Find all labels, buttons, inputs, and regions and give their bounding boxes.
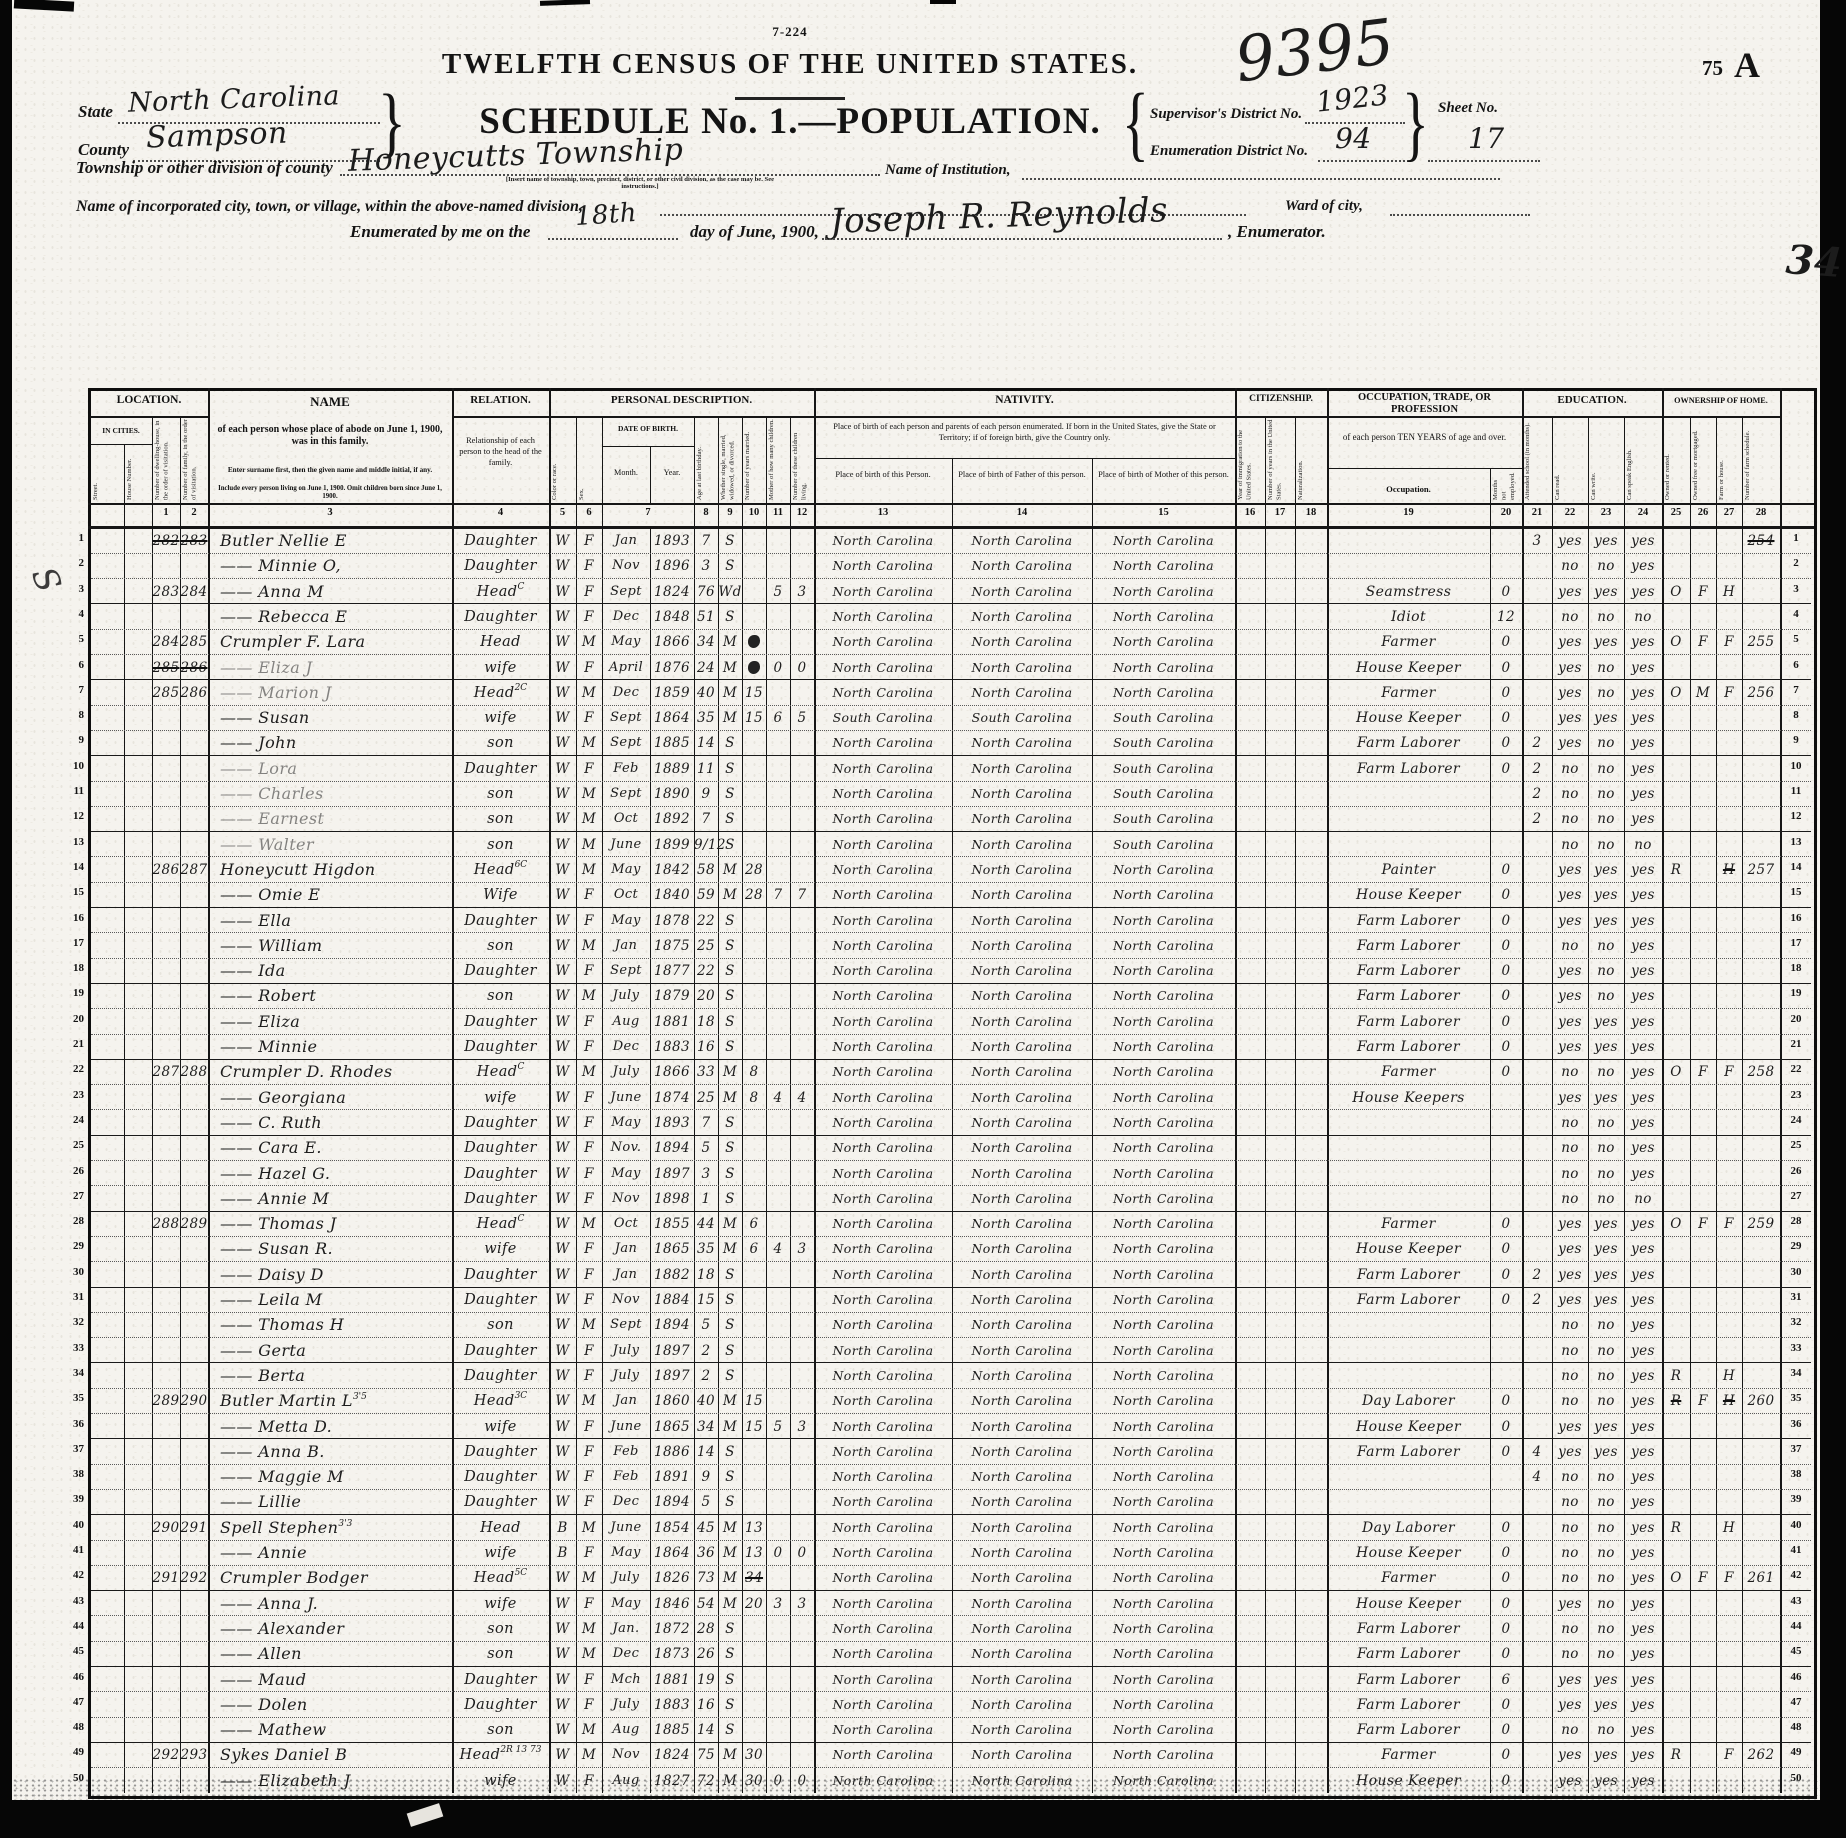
cell-name: —— Cara E.	[220, 1137, 452, 1159]
cell-c: W	[549, 1416, 576, 1438]
row-separator	[91, 1640, 1811, 1642]
cell-en: yes	[1624, 1770, 1662, 1792]
cell-name: —— Thomas H	[220, 1314, 452, 1336]
cell-mo: Oct	[602, 808, 650, 830]
cell-name: —— Mathew	[220, 1719, 452, 1741]
cell-rel: Daughter	[452, 758, 549, 780]
cell-sch: 3	[1522, 530, 1552, 552]
cell-x: F	[576, 1669, 602, 1691]
cell-ms: S	[718, 606, 742, 628]
cell-c: W	[549, 581, 576, 603]
cell-sch: 2	[1522, 758, 1552, 780]
cell-en: yes	[1624, 631, 1662, 653]
cell-own: O	[1662, 682, 1690, 704]
cell-en: yes	[1624, 1365, 1662, 1387]
margin-number: 34	[1784, 236, 1844, 287]
cell-wr: yes	[1588, 1441, 1624, 1463]
cell-dw: 290	[152, 1517, 180, 1539]
cell-wr: no	[1588, 1491, 1624, 1513]
cell-name: —— C. Ruth	[220, 1112, 452, 1134]
cell-pm: North Carolina	[1092, 657, 1235, 679]
cell-rd: no	[1552, 1517, 1588, 1539]
cell-occ: Farm Laborer	[1327, 910, 1490, 932]
cell-pm: North Carolina	[1092, 1188, 1235, 1210]
row-number-right: 25	[1780, 1139, 1812, 1151]
cell-en: yes	[1624, 935, 1662, 957]
cell-x: F	[576, 1011, 602, 1033]
nativity-desc: Place of birth of each person and parent…	[826, 422, 1223, 444]
cell-fam: 283	[180, 530, 208, 552]
cell-mo: Dec	[602, 1491, 650, 1513]
col-header-col1: Number of dwelling-house, in the order o…	[154, 419, 178, 500]
col-header-house_number: House Number.	[126, 447, 150, 500]
name-desc-1: of each person whose place of abode on J…	[216, 424, 444, 448]
cell-ms: M	[718, 1542, 742, 1564]
row-separator	[91, 1665, 1811, 1667]
cell-rd: yes	[1552, 1238, 1588, 1260]
cell-rd: yes	[1552, 732, 1588, 754]
cell-pf: North Carolina	[952, 935, 1092, 957]
cell-pm: North Carolina	[1092, 682, 1235, 704]
cell-age: 5	[694, 1491, 718, 1513]
cell-occ: House Keeper	[1327, 1542, 1490, 1564]
cell-x: M	[576, 834, 602, 856]
row-number-left: 26	[58, 1165, 84, 1177]
cell-pf: North Carolina	[952, 732, 1092, 754]
cell-ym: 20	[742, 1593, 766, 1615]
cell-x: F	[576, 1593, 602, 1615]
cell-name: Honeycutt Higdon	[220, 859, 452, 881]
cell-en: yes	[1624, 1238, 1662, 1260]
cell-c: W	[549, 960, 576, 982]
cell-yr: 1846	[650, 1593, 694, 1615]
col-header-children_living: Number of these children living.	[792, 419, 812, 500]
row-number-right: 36	[1780, 1418, 1812, 1430]
cell-rel: Head5C	[452, 1567, 549, 1589]
row-number-left: 16	[58, 912, 84, 924]
cell-name: Crumpler D. Rhodes	[220, 1061, 452, 1083]
grid-line-h	[90, 444, 152, 445]
cell-name: —— Ida	[220, 960, 452, 982]
cell-c: W	[549, 1137, 576, 1159]
cell-fs: 255	[1742, 631, 1780, 653]
cell-mo: Jan	[602, 1238, 650, 1260]
cell-occ: House Keeper	[1327, 1416, 1490, 1438]
cell-ym: 15	[742, 707, 766, 729]
cell-fm: F	[1690, 1390, 1716, 1412]
cell-mo: June	[602, 1087, 650, 1109]
col-number: 9	[718, 507, 742, 518]
row-number-left: 5	[58, 633, 84, 645]
scan-edge-bottom	[0, 1800, 1846, 1838]
annotation-superscript: C	[517, 582, 524, 592]
col-number: 11	[766, 507, 790, 518]
cell-name: —— Susan R.	[220, 1238, 452, 1260]
cell-name: —— Leila M	[220, 1289, 452, 1311]
pob-person-label: Place of birth of this Person.	[818, 470, 948, 481]
cell-yr: 1883	[650, 1036, 694, 1058]
annotation-superscript: 3'5	[353, 1392, 367, 1402]
cell-ms: S	[718, 1466, 742, 1488]
cell-name: —— Hazel G.	[220, 1163, 452, 1185]
cell-own: O	[1662, 1061, 1690, 1083]
cell-pb: North Carolina	[814, 834, 952, 856]
cell-pf: North Carolina	[952, 1036, 1092, 1058]
cell-pf: North Carolina	[952, 1011, 1092, 1033]
cell-pb: North Carolina	[814, 985, 952, 1007]
cell-age: 18	[694, 1264, 718, 1286]
cell-x: F	[576, 1036, 602, 1058]
cell-age: 14	[694, 1719, 718, 1741]
cell-pm: North Carolina	[1092, 581, 1235, 603]
cell-age: 44	[694, 1213, 718, 1235]
cell-pb: North Carolina	[814, 1289, 952, 1311]
cell-sch: 2	[1522, 808, 1552, 830]
cell-age: 2	[694, 1365, 718, 1387]
cell-ms: S	[718, 960, 742, 982]
row-number-left: 30	[58, 1266, 84, 1278]
cell-en: yes	[1624, 1416, 1662, 1438]
cell-occ: Farm Laborer	[1327, 985, 1490, 1007]
cell-pm: North Carolina	[1092, 960, 1235, 982]
col-number: 26	[1690, 507, 1716, 518]
cell-mne: 0	[1490, 682, 1522, 704]
row-number-left: 43	[58, 1595, 84, 1607]
cell-pb: North Carolina	[814, 1567, 952, 1589]
cell-x: F	[576, 581, 602, 603]
row-number-right: 13	[1780, 836, 1812, 848]
cell-wr: no	[1588, 1593, 1624, 1615]
cell-mne: 0	[1490, 1618, 1522, 1640]
row-number-right: 28	[1780, 1215, 1812, 1227]
cell-rd: no	[1552, 1491, 1588, 1513]
cell-en: yes	[1624, 1744, 1662, 1766]
cell-en: yes	[1624, 1441, 1662, 1463]
year-label: Year.	[650, 468, 694, 477]
cell-rd: no	[1552, 1365, 1588, 1387]
cell-pf: North Carolina	[952, 1213, 1092, 1235]
cell-en: yes	[1624, 1264, 1662, 1286]
cell-rel: Head6C	[452, 859, 549, 881]
row-number-right: 10	[1780, 760, 1812, 772]
grid-line-v	[1295, 416, 1296, 1793]
cell-x: M	[576, 1213, 602, 1235]
row-separator	[91, 1033, 1811, 1035]
cell-mc: 0	[766, 1542, 790, 1564]
cell-mne: 0	[1490, 910, 1522, 932]
city-label: Name of incorporated city, town, or vill…	[76, 198, 583, 216]
row-number-left: 15	[58, 886, 84, 898]
row-number-left: 33	[58, 1342, 84, 1354]
cell-mne: 0	[1490, 1770, 1522, 1792]
cell-rel: Head2R 13 73	[452, 1744, 549, 1766]
cell-en: yes	[1624, 960, 1662, 982]
row-separator	[91, 1286, 1811, 1288]
cell-rel: wife	[452, 1593, 549, 1615]
cell-ms: S	[718, 935, 742, 957]
cell-en: yes	[1624, 657, 1662, 679]
cell-mo: Aug	[602, 1719, 650, 1741]
cell-ms: Wd	[718, 581, 742, 603]
cell-fam: 290	[180, 1390, 208, 1412]
row-number-right: 17	[1780, 937, 1812, 949]
cell-yr: 1865	[650, 1238, 694, 1260]
cell-c: W	[549, 606, 576, 628]
cell-mo: Dec	[602, 1036, 650, 1058]
cell-cl: 5	[790, 707, 814, 729]
cell-dw: 289	[152, 1390, 180, 1412]
cell-rel: Daughter	[452, 1188, 549, 1210]
cell-rel: Daughter	[452, 1289, 549, 1311]
cell-mne: 0	[1490, 581, 1522, 603]
cell-fm: M	[1690, 682, 1716, 704]
cell-yr: 1866	[650, 1061, 694, 1083]
cell-pb: North Carolina	[814, 758, 952, 780]
row-number-right: 32	[1780, 1316, 1812, 1328]
cell-mo: Sept	[602, 707, 650, 729]
cell-mne: 0	[1490, 1213, 1522, 1235]
cell-age: 75	[694, 1744, 718, 1766]
cell-ms: S	[718, 1719, 742, 1741]
cell-occ: Farm Laborer	[1327, 1669, 1490, 1691]
row-number-right: 23	[1780, 1089, 1812, 1101]
col-number: 4	[452, 507, 549, 518]
cell-pf: North Carolina	[952, 1416, 1092, 1438]
cell-occ: House Keeper	[1327, 1238, 1490, 1260]
row-separator	[91, 1336, 1811, 1338]
cell-cl: 0	[790, 657, 814, 679]
corner-sheet-number: 75	[1702, 56, 1723, 81]
grid-line-v-heavy	[1235, 388, 1237, 1793]
row-separator	[91, 1361, 1811, 1363]
cell-en: yes	[1624, 682, 1662, 704]
row-number-left: 19	[58, 987, 84, 999]
row-number-right: 44	[1780, 1620, 1812, 1632]
cell-age: 40	[694, 682, 718, 704]
cell-occ: Farmer	[1327, 1744, 1490, 1766]
cell-pf: North Carolina	[952, 884, 1092, 906]
cell-yr: 1824	[650, 581, 694, 603]
cell-ms: S	[718, 1694, 742, 1716]
cell-fs: 260	[1742, 1390, 1780, 1412]
cell-name: —— Annie M	[220, 1188, 452, 1210]
cell-mne: 0	[1490, 1744, 1522, 1766]
cell-en: yes	[1624, 1694, 1662, 1716]
cell-wr: no	[1588, 1314, 1624, 1336]
cell-x: F	[576, 1238, 602, 1260]
cell-pm: North Carolina	[1092, 1314, 1235, 1336]
cell-wr: no	[1588, 732, 1624, 754]
cell-mne: 0	[1490, 631, 1522, 653]
cell-yr: 1878	[650, 910, 694, 932]
enumerated-suffix: , Enumerator.	[1228, 222, 1326, 242]
cell-cl: 3	[790, 581, 814, 603]
row-number-left: 18	[58, 962, 84, 974]
cell-rel: HeadC	[452, 1061, 549, 1083]
cell-mne: 0	[1490, 884, 1522, 906]
in-cities-label: IN CITIES.	[90, 426, 152, 435]
cell-pb: North Carolina	[814, 859, 952, 881]
cell-rd: no	[1552, 1567, 1588, 1589]
cell-x: F	[576, 1264, 602, 1286]
annotation-superscript: 3'3	[338, 1519, 352, 1529]
row-number-right: 29	[1780, 1240, 1812, 1252]
cell-name: —— Omie E	[220, 884, 452, 906]
cell-pb: North Carolina	[814, 783, 952, 805]
cell-c: W	[549, 1744, 576, 1766]
cell-occ: Farm Laborer	[1327, 1719, 1490, 1741]
cell-yr: 1897	[650, 1163, 694, 1185]
cell-yr: 1890	[650, 783, 694, 805]
cell-yr: 1885	[650, 732, 694, 754]
cell-pf: North Carolina	[952, 1087, 1092, 1109]
cell-mo: June	[602, 834, 650, 856]
cell-rd: yes	[1552, 1593, 1588, 1615]
cell-dw: 292	[152, 1744, 180, 1766]
cell-name: —— Metta D.	[220, 1416, 452, 1438]
group-nativity: NATIVITY.	[814, 394, 1235, 406]
cell-name: —— Alexander	[220, 1618, 452, 1640]
cell-yr: 1877	[650, 960, 694, 982]
cell-pb: North Carolina	[814, 910, 952, 932]
cell-yr: 1891	[650, 1466, 694, 1488]
cell-name: —— Allen	[220, 1643, 452, 1665]
cell-x: F	[576, 530, 602, 552]
row-number-left: 17	[58, 937, 84, 949]
cell-occ: Farmer	[1327, 1213, 1490, 1235]
cell-ms: S	[718, 1669, 742, 1691]
row-number-left: 39	[58, 1493, 84, 1505]
cell-name: —— Earnest	[220, 808, 452, 830]
cell-name: —— John	[220, 732, 452, 754]
row-separator	[91, 1235, 1811, 1237]
cell-yr: 1899	[650, 834, 694, 856]
cell-pb: North Carolina	[814, 1365, 952, 1387]
cell-name: —— Susan	[220, 707, 452, 729]
cell-yr: 1865	[650, 1416, 694, 1438]
cell-ym: 15	[742, 682, 766, 704]
cell-rel: Daughter	[452, 606, 549, 628]
cell-mne: 0	[1490, 1593, 1522, 1615]
cell-age: 72	[694, 1770, 718, 1792]
row-number-left: 28	[58, 1215, 84, 1227]
cell-rel: wife	[452, 1416, 549, 1438]
cell-pm: North Carolina	[1092, 1643, 1235, 1665]
cell-ms: S	[718, 1264, 742, 1286]
col-header-owned_rented: Owned or rented.	[1664, 419, 1688, 500]
cell-c: W	[549, 783, 576, 805]
cell-en: yes	[1624, 783, 1662, 805]
row-separator	[91, 805, 1811, 807]
cell-x: F	[576, 1112, 602, 1134]
cell-x: M	[576, 682, 602, 704]
cell-occ: House Keeper	[1327, 1770, 1490, 1792]
cell-wr: no	[1588, 1188, 1624, 1210]
row-separator	[91, 552, 1811, 554]
cell-mne: 0	[1490, 1264, 1522, 1286]
cell-pb: North Carolina	[814, 1441, 952, 1463]
cell-en: yes	[1624, 985, 1662, 1007]
cell-fm: F	[1690, 1567, 1716, 1589]
cell-pb: North Carolina	[814, 1770, 952, 1792]
cell-fs: 262	[1742, 1744, 1780, 1766]
cell-pb: North Carolina	[814, 1213, 952, 1235]
annotation-superscript: 2C	[515, 683, 528, 693]
row-number-left: 1	[58, 532, 84, 544]
cell-yr: 1886	[650, 1441, 694, 1463]
cell-c: W	[549, 1163, 576, 1185]
cell-mc: 4	[766, 1087, 790, 1109]
cell-name: —— Maggie M	[220, 1466, 452, 1488]
cell-age: 73	[694, 1567, 718, 1589]
cell-pm: North Carolina	[1092, 1340, 1235, 1362]
cell-wr: no	[1588, 606, 1624, 628]
cell-yr: 1894	[650, 1137, 694, 1159]
cell-cl: 0	[790, 1542, 814, 1564]
cell-own: R	[1662, 859, 1690, 881]
cell-fs: 256	[1742, 682, 1780, 704]
group-location: LOCATION.	[90, 394, 208, 406]
cell-name: —— Georgiana	[220, 1087, 452, 1109]
pob-mother-label: Place of birth of Mother of this person.	[1096, 470, 1231, 481]
cell-pf: North Carolina	[952, 1137, 1092, 1159]
cell-x: M	[576, 1314, 602, 1336]
cell-rd: yes	[1552, 1744, 1588, 1766]
cell-yr: 1860	[650, 1390, 694, 1412]
cell-mc: 0	[766, 657, 790, 679]
cell-pm: North Carolina	[1092, 1694, 1235, 1716]
cell-pm: North Carolina	[1092, 1238, 1235, 1260]
occupation-col-label: Occupation.	[1327, 484, 1490, 494]
cell-age: 33	[694, 1061, 718, 1083]
cell-name: Butler Martin L3'5	[220, 1390, 452, 1412]
row-separator	[91, 1184, 1811, 1186]
cell-ms: M	[718, 631, 742, 653]
cell-c: W	[549, 530, 576, 552]
cell-c: W	[549, 1238, 576, 1260]
township-label: Township or other division of county	[76, 158, 333, 178]
cell-c: W	[549, 1770, 576, 1792]
cell-mo: Sept	[602, 960, 650, 982]
cell-pm: North Carolina	[1092, 1517, 1235, 1539]
cell-pf: North Carolina	[952, 1466, 1092, 1488]
cell-x: F	[576, 1542, 602, 1564]
enumerated-prefix: Enumerated by me on the	[350, 222, 530, 242]
group-relation: RELATION.	[452, 394, 549, 406]
cell-pb: North Carolina	[814, 1188, 952, 1210]
cell-rel: son	[452, 1618, 549, 1640]
corner-sheet-letter: A	[1734, 44, 1760, 86]
row-number-right: 19	[1780, 987, 1812, 999]
row-separator	[91, 1463, 1811, 1465]
cell-sch: 4	[1522, 1441, 1552, 1463]
cell-wr: yes	[1588, 910, 1624, 932]
row-separator	[91, 602, 1811, 604]
cell-occ: Farm Laborer	[1327, 1264, 1490, 1286]
cell-pf: North Carolina	[952, 1618, 1092, 1640]
cell-x: M	[576, 732, 602, 754]
cell-pb: North Carolina	[814, 1087, 952, 1109]
col-number: 24	[1624, 507, 1662, 518]
cell-age: 25	[694, 935, 718, 957]
cell-x: F	[576, 910, 602, 932]
row-number-right: 2	[1780, 557, 1812, 569]
cell-name: —— Anna M	[220, 581, 452, 603]
row-number-right: 7	[1780, 684, 1812, 696]
cell-yr: 1874	[650, 1087, 694, 1109]
cell-en: yes	[1624, 1314, 1662, 1336]
cell-pf: North Carolina	[952, 985, 1092, 1007]
